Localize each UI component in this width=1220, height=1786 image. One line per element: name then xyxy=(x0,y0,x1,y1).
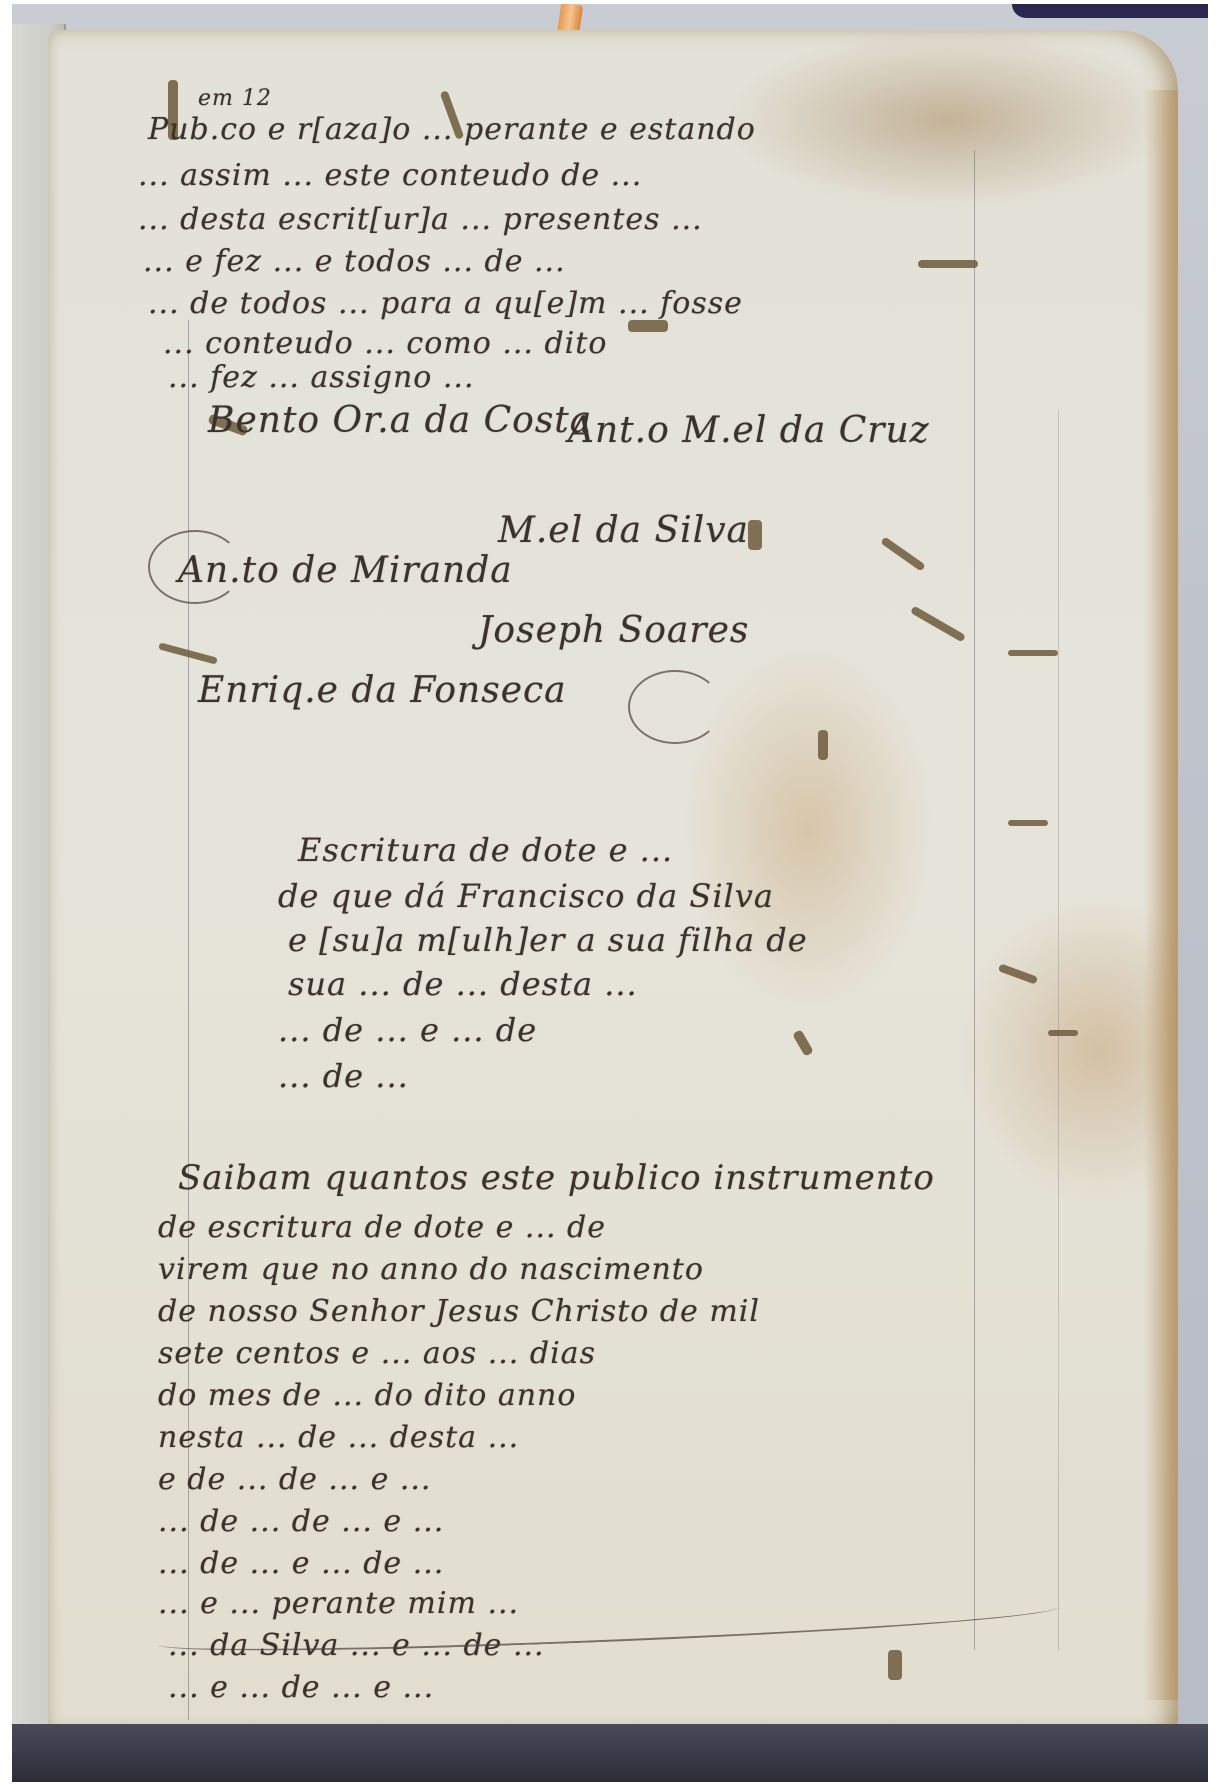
text-line: ... conteudo ... como ... dito xyxy=(163,326,607,362)
heading-line: e [su]a m[ulh]er a sua filha de xyxy=(288,920,808,960)
page-edge-stain xyxy=(1144,90,1178,1700)
text-line: ... de todos ... para a qu[e]m ... fosse xyxy=(148,286,743,322)
damage-mark xyxy=(880,536,926,571)
signature: Bento Or.a da Costa xyxy=(208,400,592,441)
body-line: e de ... de ... e ... xyxy=(158,1462,431,1498)
damage-mark xyxy=(818,730,828,760)
signature-flourish xyxy=(148,530,242,604)
manuscript-photo: em 12 Pub.co e r[aza]o ... perante e est… xyxy=(12,4,1208,1782)
damage-mark xyxy=(1048,1030,1078,1036)
heading-line: ... de ... e ... de xyxy=(278,1010,537,1050)
signature: Joseph Soares xyxy=(478,610,749,651)
body-line: sete centos e ... aos ... dias xyxy=(158,1336,596,1372)
text-line: ... desta escrit[ur]a ... presentes ... xyxy=(138,202,703,238)
damage-mark xyxy=(910,606,966,643)
heading-line: Escritura de dote e ... xyxy=(298,830,673,870)
top-shadow xyxy=(1012,4,1208,18)
damage-mark xyxy=(918,260,978,268)
text-line: ... assim ... este conteudo de ... xyxy=(138,158,642,194)
body-line: ... de ... de ... e ... xyxy=(158,1504,444,1540)
body-line: virem que no anno do nascimento xyxy=(158,1252,704,1288)
marginal-note: em 12 xyxy=(198,86,272,111)
damage-mark xyxy=(888,1650,902,1680)
body-line: Saibam quantos este publico instrumento xyxy=(178,1160,935,1196)
signature: M.el da Silva xyxy=(498,510,749,551)
body-line: do mes de ... do dito anno xyxy=(158,1378,576,1414)
damage-mark xyxy=(748,520,762,550)
manuscript-page: em 12 Pub.co e r[aza]o ... perante e est… xyxy=(48,30,1178,1740)
body-line: ... de ... e ... de ... xyxy=(158,1546,444,1582)
heading-line: ... de ... xyxy=(278,1056,409,1096)
signature-flourish xyxy=(628,670,722,744)
signature: Enriq.e da Fonseca xyxy=(198,670,567,711)
text-line: Pub.co e r[aza]o ... perante e estando xyxy=(148,112,756,148)
text-line: ... e fez ... e todos ... de ... xyxy=(143,244,566,280)
margin-rule-right xyxy=(974,150,975,1650)
damage-mark xyxy=(1008,820,1048,826)
body-line: nesta ... de ... desta ... xyxy=(158,1420,519,1456)
text-line: ... fez ... assigno ... xyxy=(168,360,475,396)
table-surface xyxy=(12,1724,1208,1782)
damage-mark xyxy=(1008,650,1058,656)
body-line: ... e ... de ... e ... xyxy=(168,1670,434,1706)
heading-line: sua ... de ... desta ... xyxy=(288,964,638,1004)
signature: Ant.o M.el da Cruz xyxy=(568,410,930,451)
heading-line: de que dá Francisco da Silva xyxy=(278,876,774,916)
damage-mark xyxy=(792,1029,814,1057)
body-line: de escritura de dote e ... de xyxy=(158,1210,606,1246)
body-line: de nosso Senhor Jesus Christo de mil xyxy=(158,1294,760,1330)
damage-mark xyxy=(998,963,1038,984)
